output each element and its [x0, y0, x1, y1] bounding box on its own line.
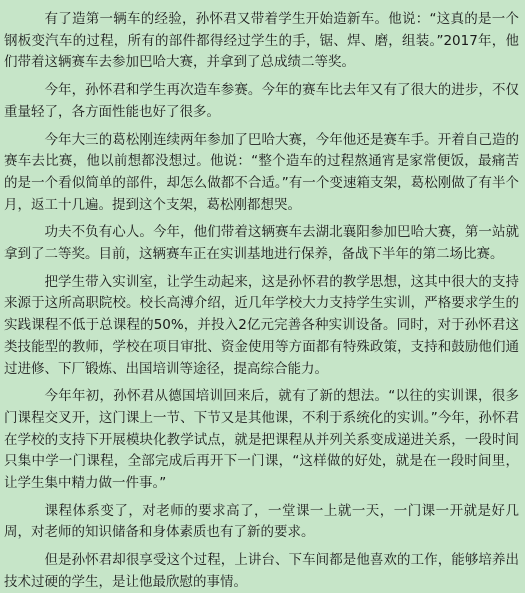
- article-body: 有了造第一辆车的经验，孙怀君又带着学生开始造新车。他说：“这真的是一个钢板变汽车…: [0, 0, 525, 593]
- paragraph: 今年，孙怀君和学生再次造车参赛。今年的赛车比去年又有了很大的进步，不仅重量轻了，…: [4, 80, 519, 123]
- paragraph: 有了造第一辆车的经验，孙怀君又带着学生开始造新车。他说：“这真的是一个钢板变汽车…: [4, 9, 519, 74]
- paragraph: 把学生带入实训室，让学生动起来，这是孙怀君的教学思想，这其中很大的支持来源于这所…: [4, 272, 519, 381]
- document-page: { "article": { "background_color": "#c6e…: [0, 0, 525, 593]
- paragraph: 课程体系变了，对老师的要求高了，一堂课一上就一天，一门课一开就是好几周，对老师的…: [4, 501, 519, 544]
- paragraph: 功夫不负有心人。今年，他们带着这辆赛车去湖北襄阳参加巴哈大赛，第一站就拿到了二等…: [4, 222, 519, 265]
- paragraph: 但是孙怀君却很享受这个过程，上讲台、下车间都是他喜欢的工作，能够培养出技术过硬的…: [4, 550, 519, 593]
- paragraph: 今年大三的葛松刚连续两年参加了巴哈大赛，今年他还是赛车手。开着自己造的赛车去比赛…: [4, 130, 519, 217]
- paragraph: 今年年初，孙怀君从德国培训回来后，就有了新的想法。“以往的实训课，很多门课程交叉…: [4, 386, 519, 495]
